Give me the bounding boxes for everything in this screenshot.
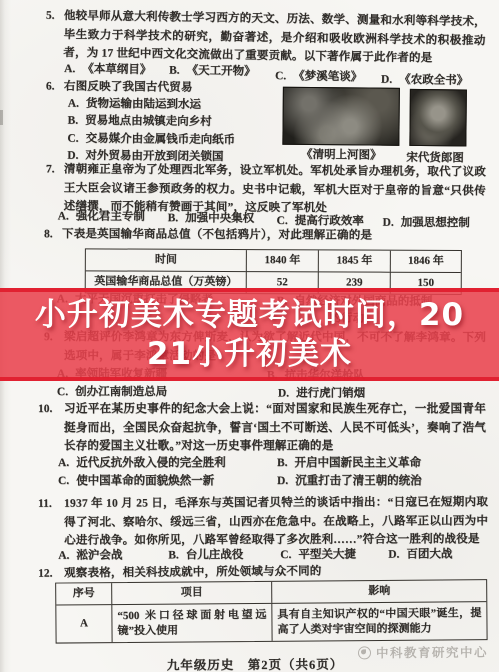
song-peddler-painting-image — [409, 89, 467, 147]
table-header-cell: 1846 年 — [390, 251, 461, 272]
question-8-number: 8. — [44, 225, 53, 244]
painting-caption-1: 《清明上河图》 — [286, 146, 396, 163]
table-header-cell: 影响 — [271, 580, 486, 603]
publisher-watermark-text: 中科教育研究中心 — [376, 643, 488, 662]
question-10-number: 10. — [38, 400, 52, 419]
table-cell-row-no: A — [56, 604, 111, 642]
question-10-option-c: C.使中国革命的面貌焕然一新 — [58, 474, 214, 489]
table-header-cell: 时间 — [86, 249, 246, 271]
question-7-option-a: A.强化君主专制 — [58, 209, 145, 225]
question-5-option-b: B.《天工开物》 — [169, 64, 256, 80]
table-header-cell: 项目 — [111, 582, 271, 604]
qingming-shanghe-painting-image — [282, 87, 400, 146]
question-5-stem: 他较早师从意大利传教士学习西方的天文、历法、数学、测量和水利等科学技术，毕生致力… — [63, 7, 486, 69]
page-footer: 九年级历史 第2页（共6页） — [150, 654, 360, 672]
question-10-option-b: B.开启中国新民主主义革命 — [277, 456, 421, 471]
question-5-option-a: A.《本草纲目》 — [64, 62, 151, 78]
exam-paper-page: 5. 他较早师从意大利传教士学习西方的天文、历法、数学、测量和水利等科学技术，毕… — [0, 0, 499, 672]
publisher-logo-icon — [358, 646, 371, 659]
question-10-option-d: D.沉重打击了清王朝的统治 — [277, 474, 422, 489]
question-6-number: 6. — [46, 77, 55, 96]
question-5: 5. 他较早师从意大利传教士学习西方的天文、历法、数学、测量和水利等科学技术，毕… — [0, 6, 499, 13]
question-11-number: 11. — [38, 495, 52, 514]
question-11-option-d: D.百团大战 — [388, 547, 452, 562]
banner-text-line2: 21小升初美术 — [147, 335, 352, 374]
question-8-stem: 下表是英国输华商品总值（不包括鸦片），对此理解正确的是 — [62, 225, 486, 245]
scan-edge-artifact — [0, 110, 3, 125]
question-9-option-c: C.创办江南制造总局 — [57, 385, 167, 400]
table-cell-item: “500 米口径球面射电望远镜”投入使用 — [111, 603, 271, 642]
question-11-option-a: A.淞沪会战 — [58, 549, 122, 564]
watermark-banner-overlay: 小升初美术专题考试时间，20 21小升初美术 — [0, 288, 499, 381]
question-11-option-b: B.台儿庄战役 — [168, 548, 243, 563]
question-11-stem: 1937 年 10 月 25 日，毛泽东与英国记者贝特兰的谈话中指出：“日寇已在… — [64, 493, 488, 550]
question-10-option-a: A.近代反抗外敌入侵的完全胜利 — [58, 456, 226, 471]
table-header-cell: 1845 年 — [318, 250, 390, 271]
banner-text-line1: 小升初美术专题考试时间，20 — [35, 296, 464, 335]
question-7-option-b: B.加强中央集权 — [168, 211, 255, 227]
table-header-cell: 1840 年 — [246, 250, 318, 271]
publisher-watermark: 中科教育研究中心 — [358, 643, 488, 662]
question-11: 11. 1937 年 10 月 25 日，毛泽东与英国记者贝特兰的谈话中指出：“… — [0, 493, 499, 495]
question-11-option-c: C.平型关大捷 — [280, 548, 356, 563]
question-10-stem: 习近平在某历史事件的纪念大会上说：“面对国家和民族生死存亡，一批爱国青年挺身而出… — [64, 400, 486, 456]
question-6-option-a: A.货物运输由陆运到水运 — [68, 97, 201, 113]
table-header-cell: 序号 — [56, 583, 111, 604]
question-5-number: 5. — [46, 7, 55, 26]
tech-achievement-table: 序号 项目 影响 A “500 米口径球面射电望远镜”投入使用 具有自主知识产权… — [55, 579, 487, 643]
question-6-option-c: C.交易媒介由金属钱币走向纸币 — [67, 132, 235, 149]
question-12-number: 12. — [38, 565, 53, 584]
question-7-number: 7. — [46, 160, 55, 179]
table-cell-effect: 具有自主知识产权的“中国天眼”诞生，提高了人类对宇宙空间的探测能力 — [271, 601, 486, 641]
question-6-option-b: B.贸易地点由城镇走向乡村 — [68, 114, 212, 130]
